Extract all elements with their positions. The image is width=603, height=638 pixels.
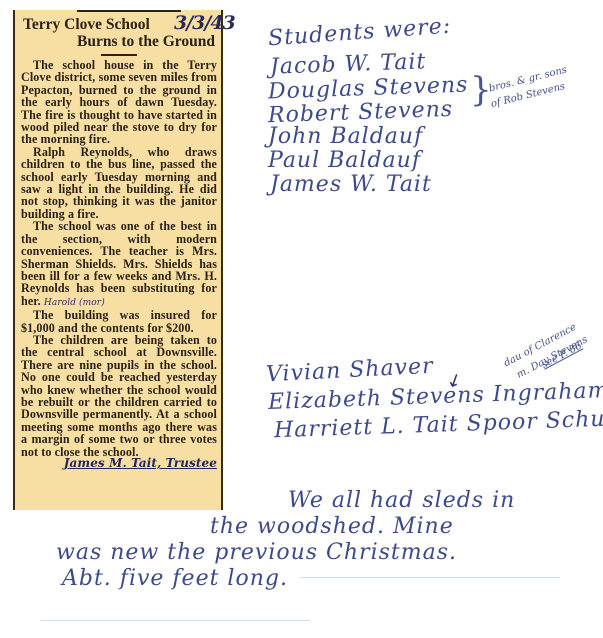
students-heading: Students were:: [267, 14, 452, 52]
memory-line: was new the previous Christmas.: [56, 540, 457, 565]
paper-ruled-line: [40, 620, 310, 621]
headline-line-2: Burns to the Ground: [21, 33, 217, 50]
student-name: John Baldauf: [268, 124, 423, 149]
handwritten-signature: James M. Tait, Trustee: [64, 456, 217, 470]
article-paragraph: The school was one of the best in the se…: [21, 220, 217, 309]
student-name: Vivian Shaver: [265, 354, 434, 388]
article-paragraph: The children are being taken to the cent…: [21, 334, 217, 458]
article-paragraph: The school house in the Terry Clove dist…: [21, 59, 217, 146]
clipping-headline: Terry Clove School Burns to the Ground 3…: [21, 16, 217, 50]
memory-line: We all had sleds in: [288, 488, 515, 513]
paper-ruled-line: [300, 577, 560, 578]
handwritten-date: 3/3/43: [174, 15, 235, 32]
student-name: James W. Tait: [270, 172, 432, 197]
brace-icon: }: [470, 70, 492, 110]
memory-line: the woodshed. Mine: [210, 514, 454, 539]
memory-line: Abt. five feet long.: [62, 566, 288, 591]
headline-divider: [101, 54, 137, 56]
article-paragraph: The building was insured for $1,000 and …: [21, 309, 217, 334]
student-name: Paul Baldauf: [268, 148, 421, 173]
article-body: The school house in the Terry Clove dist…: [21, 59, 217, 469]
article-paragraph: Ralph Reynolds, who draws children to th…: [21, 146, 217, 220]
handwritten-annotation-harold: Harold (mor): [44, 298, 105, 308]
newspaper-clipping: Terry Clove School Burns to the Ground 3…: [13, 10, 223, 510]
